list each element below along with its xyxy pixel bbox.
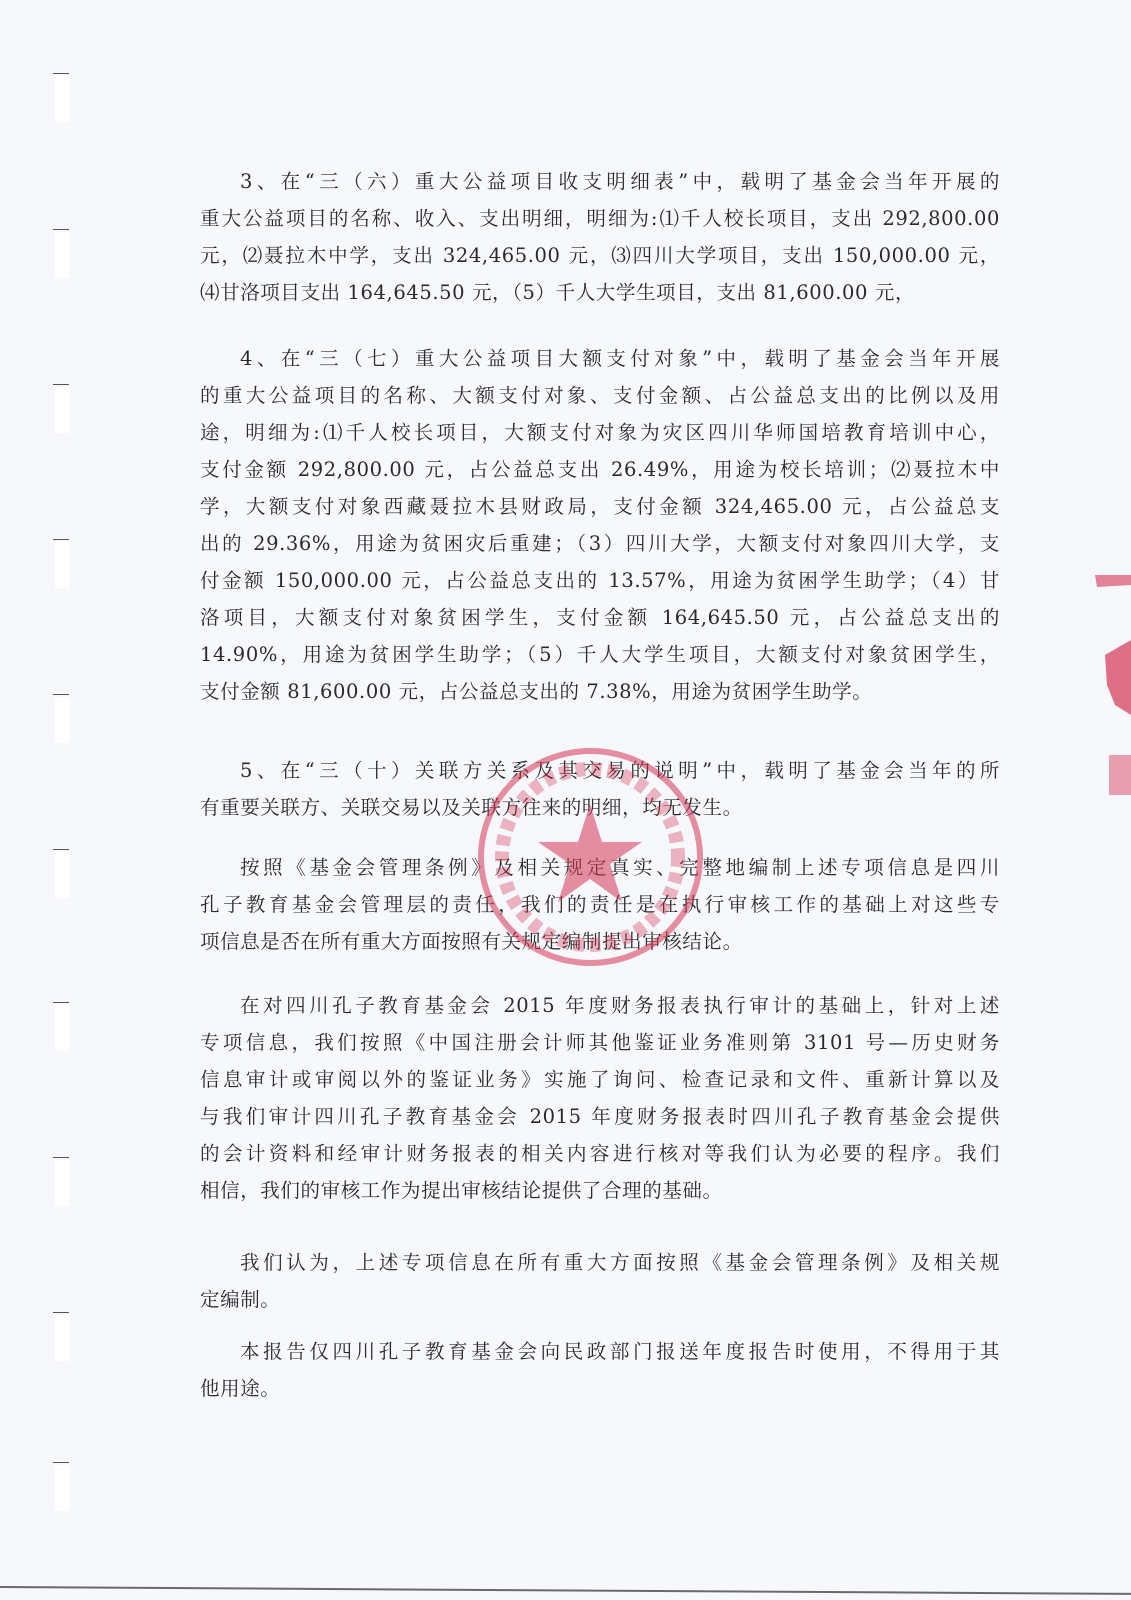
text-line: 14.90%，用途为贫困学生助学；（5）千人大学生项目，大额支付对象贫困学生， (200, 636, 1000, 673)
text-line: ⑷甘洛项目支出 164,645.50 元，（5）千人大学生项目，支出 81,60… (200, 274, 1000, 311)
paragraph-item-4: 4、在“三（七）重大公益项目大额支付对象”中，载明了基金会当年开展 的重大公益项… (200, 340, 1000, 710)
text-line: 的重大公益项目的名称、大额支付对象、支付金额、占公益总支出的比例以及用 (200, 377, 1000, 414)
binding-hole-mark (55, 76, 69, 122)
binding-hole-mark (55, 697, 69, 743)
text-line: 在对四川孔子教育基金会 2015 年度财务报表执行审计的基础上，针对上述 (200, 987, 1000, 1024)
text-line: 相信，我们的审核工作为提出审核结论提供了合理的基础。 (200, 1172, 1000, 1209)
text-line: 按照《基金会管理条例》及相关规定真实、完整地编制上述专项信息是四川 (200, 849, 1000, 886)
text-line: 我们认为，上述专项信息在所有重大方面按照《基金会管理条例》及相关规 (200, 1244, 1000, 1281)
text-line: 专项信息，我们按照《中国注册会计师其他鉴证业务准则第 3101 号—历史财务 (200, 1024, 1000, 1061)
text-line: 信息审计或审阅以外的鉴证业务》实施了询问、检查记录和文件、重新计算以及 (200, 1061, 1000, 1098)
binding-hole-mark (55, 1315, 69, 1361)
paragraph-item-3: 3、在“三（六）重大公益项目收支明细表”中，载明了基金会当年开展的 重大公益项目… (200, 163, 1000, 311)
paragraph-usage-restriction: 本报告仅四川孔子教育基金会向民政部门报送年度报告时使用，不得用于其 他用途。 (200, 1333, 1000, 1407)
text-line: 3、在“三（六）重大公益项目收支明细表”中，载明了基金会当年开展的 (200, 163, 1000, 200)
text-line: 与我们审计四川孔子教育基金会 2015 年度财务报表时四川孔子教育基金会提供 (200, 1098, 1000, 1135)
paragraph-procedures: 在对四川孔子教育基金会 2015 年度财务报表执行审计的基础上，针对上述 专项信… (200, 987, 1000, 1209)
text-line: 他用途。 (200, 1370, 1000, 1407)
text-line: 的会计资料和经审计财务报表的相关内容进行核对等我们认为必要的程序。我们 (200, 1135, 1000, 1172)
text-line: 学，大额支付对象西藏聂拉木县财政局，支付金额 324,465.00 元，占公益总… (200, 488, 1000, 525)
text-line: 支付金额 81,600.00 元，占公益总支出的 7.38%，用途为贫困学生助学… (200, 673, 1000, 710)
text-line: 有重要关联方、关联交易以及关联方往来的明细，均无发生。 (200, 789, 1000, 826)
paragraph-item-5: 5、在“三（十）关联方关系及其交易的说明”中，载明了基金会当年的所 有重要关联方… (200, 752, 1000, 826)
binding-hole-mark (55, 232, 69, 278)
text-line: 重大公益项目的名称、收入、支出明细，明细为:⑴千人校长项目，支出 292,800… (200, 200, 1000, 237)
text-line: 洛项目，大额支付对象贫困学生，支付金额 164,645.50 元，占公益总支出的 (200, 599, 1000, 636)
partial-seal-stamp (1085, 575, 1131, 805)
text-line: 支付金额 292,800.00 元，占公益总支出 26.49%，用途为校长培训；… (200, 451, 1000, 488)
binding-hole-mark (55, 1005, 69, 1051)
text-line: 孔子教育基金会管理层的责任，我们的责任是在执行审核工作的基础上对这些专 (200, 886, 1000, 923)
binding-hole-mark (55, 387, 69, 433)
text-line: 5、在“三（十）关联方关系及其交易的说明”中，载明了基金会当年的所 (200, 752, 1000, 789)
binding-hole-mark (55, 1465, 69, 1511)
text-line: 付金额 150,000.00 元，占公益总支出的 13.57%，用途为贫困学生助… (200, 562, 1000, 599)
paragraph-responsibility: 按照《基金会管理条例》及相关规定真实、完整地编制上述专项信息是四川 孔子教育基金… (200, 849, 1000, 960)
document-page: 3、在“三（六）重大公益项目收支明细表”中，载明了基金会当年开展的 重大公益项目… (0, 0, 1131, 1600)
text-line: 项信息是否在所有重大方面按照有关规定编制提出审核结论。 (200, 923, 1000, 960)
text-line: 4、在“三（七）重大公益项目大额支付对象”中，载明了基金会当年开展 (200, 340, 1000, 377)
text-line: 定编制。 (200, 1281, 1000, 1318)
text-line: 元，⑵聂拉木中学，支出 324,465.00 元，⑶四川大学项目，支出 150,… (200, 237, 1000, 274)
text-line: 出的 29.36%，用途为贫困灾后重建；（3）四川大学，大额支付对象四川大学，支 (200, 525, 1000, 562)
binding-hole-mark (55, 852, 69, 898)
binding-hole-mark (55, 1160, 69, 1206)
binding-hole-mark (55, 542, 69, 588)
text-line: 途，明细为:⑴千人校长项目，大额支付对象为灾区四川华师国培教育培训中心， (200, 414, 1000, 451)
paragraph-opinion: 我们认为，上述专项信息在所有重大方面按照《基金会管理条例》及相关规 定编制。 (200, 1244, 1000, 1318)
text-line: 本报告仅四川孔子教育基金会向民政部门报送年度报告时使用，不得用于其 (200, 1333, 1000, 1370)
page-bottom-edge (0, 1586, 1131, 1595)
